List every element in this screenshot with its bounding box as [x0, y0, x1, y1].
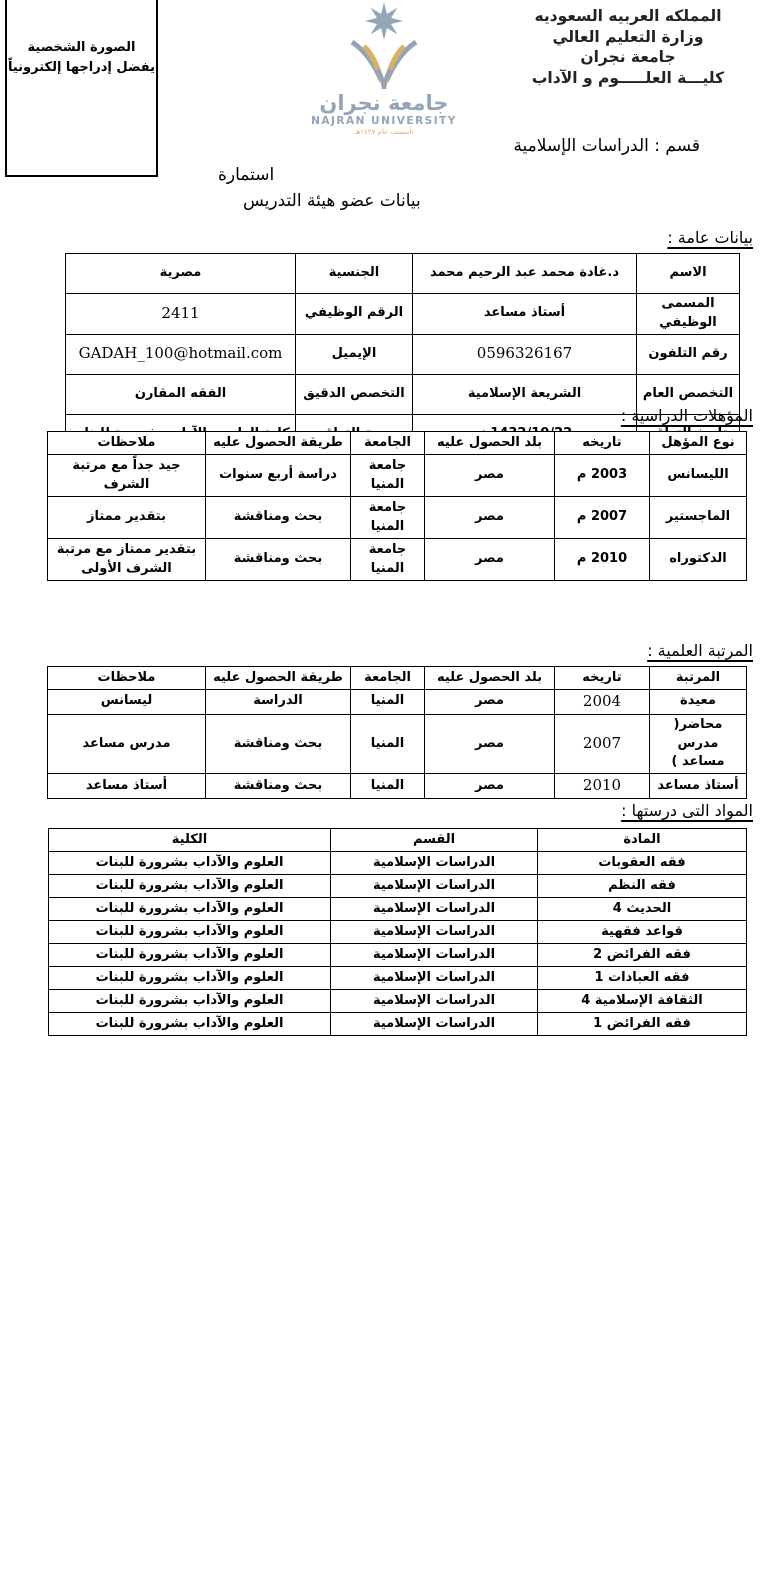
- photo-placeholder-box: الصورة الشخصية يفضل إدراجها إلكترونياً: [5, 0, 158, 177]
- rank-country: مصر: [425, 690, 555, 715]
- table-row: فقه الفرائض 1 الدراسات الإسلامية العلوم …: [49, 1013, 747, 1036]
- qualification-method: دراسة أربع سنوات: [206, 455, 351, 497]
- course-college: العلوم والآداب بشرورة للبنات: [49, 1013, 331, 1036]
- department-line: قسم : الدراسات الإسلامية: [513, 136, 700, 156]
- photo-box-line2: يفضل إدراجها إلكترونياً: [8, 58, 155, 78]
- field-label: الإيميل: [296, 334, 413, 374]
- table-row: المسمى الوظيفي أستاذ مساعد الرقم الوظيفي…: [66, 294, 740, 335]
- rank-country: مصر: [425, 774, 555, 799]
- column-header: الجامعة: [351, 432, 425, 455]
- rank-notes: ليسانس: [48, 690, 206, 715]
- course-college: العلوم والآداب بشرورة للبنات: [49, 852, 331, 875]
- column-header: المادة: [538, 829, 747, 852]
- rank-date: 2010: [555, 774, 650, 799]
- qualification-type: الليسانس: [650, 455, 747, 497]
- rank-notes: مدرس مساعد: [48, 714, 206, 774]
- header-college-line: كليـــة العلـــــوم و الآداب: [488, 68, 768, 89]
- course-college: العلوم والآداب بشرورة للبنات: [49, 921, 331, 944]
- course-name: فقه النظم: [538, 875, 747, 898]
- column-header: نوع المؤهل: [650, 432, 747, 455]
- column-header: الكلية: [49, 829, 331, 852]
- qualification-notes: بتقدير ممتاز مع مرتبة الشرف الأولى: [48, 539, 206, 581]
- rank-method: بحث ومناقشة: [206, 714, 351, 774]
- field-value: مصرية: [66, 254, 296, 294]
- column-header: القسم: [331, 829, 538, 852]
- qualification-type: الدكتوراه: [650, 539, 747, 581]
- faculty-data-form: { "page": { "photo_box": { "line1": "الص…: [0, 0, 773, 1577]
- rank-date: 2004: [555, 690, 650, 715]
- table-row: الثقافة الإسلامية 4 الدراسات الإسلامية ا…: [49, 990, 747, 1013]
- course-college: العلوم والآداب بشرورة للبنات: [49, 898, 331, 921]
- table-row: فقه النظم الدراسات الإسلامية العلوم والآ…: [49, 875, 747, 898]
- table-row: محاضر( مدرس مساعد ) 2007 مصر المنيا بحث …: [48, 714, 747, 774]
- rank-university: المنيا: [351, 774, 425, 799]
- table-row: رقم التلفون 0596326167 الإيميل GADAH_100…: [66, 334, 740, 374]
- field-label: التخصص الدقيق: [296, 374, 413, 414]
- field-value: أستاذ مساعد: [413, 294, 637, 335]
- table-row: الاسم د.غادة محمد عبد الرحيم محمد الجنسي…: [66, 254, 740, 294]
- qualification-date: 2007 م: [555, 497, 650, 539]
- table-row: فقه العبادات 1 الدراسات الإسلامية العلوم…: [49, 967, 747, 990]
- rank-university: المنيا: [351, 714, 425, 774]
- column-header: طريقة الحصول عليه: [206, 667, 351, 690]
- course-name: الحديث 4: [538, 898, 747, 921]
- table-row: الحديث 4 الدراسات الإسلامية العلوم والآد…: [49, 898, 747, 921]
- column-header: بلد الحصول عليه: [425, 432, 555, 455]
- qualification-country: مصر: [425, 497, 555, 539]
- qualification-method: بحث ومناقشة: [206, 497, 351, 539]
- course-name: فقه العبادات 1: [538, 967, 747, 990]
- palm-branches-icon: [342, 40, 426, 90]
- logo-founded-line: تأسست عام ١٤٢٧هـ: [355, 128, 414, 137]
- table-row: الليسانس 2003 م مصر جامعة المنيا دراسة أ…: [48, 455, 747, 497]
- qualification-university: جامعة المنيا: [351, 455, 425, 497]
- qualification-country: مصر: [425, 455, 555, 497]
- field-value: الفقه المقارن: [66, 374, 296, 414]
- qualification-country: مصر: [425, 539, 555, 581]
- photo-box-line1: الصورة الشخصية: [28, 38, 136, 58]
- logo-english-name: NAJRAN UNIVERSITY: [311, 115, 457, 128]
- table-header-row: المرتبة تاريخه بلد الحصول عليه الجامعة ط…: [48, 667, 747, 690]
- column-header: الجامعة: [351, 667, 425, 690]
- table-row: فقه الفرائض 2 الدراسات الإسلامية العلوم …: [49, 944, 747, 967]
- column-header: طريقة الحصول عليه: [206, 432, 351, 455]
- table-row: الدكتوراه 2010 م مصر جامعة المنيا بحث وم…: [48, 539, 747, 581]
- column-header: ملاحظات: [48, 432, 206, 455]
- rank-name: محاضر( مدرس مساعد ): [650, 714, 747, 774]
- field-value: 0596326167: [413, 334, 637, 374]
- course-name: فقه الفرائض 2: [538, 944, 747, 967]
- course-name: فقه العقوبات: [538, 852, 747, 875]
- qualification-notes: جيد جداً مع مرتبة الشرف: [48, 455, 206, 497]
- table-row: معيدة 2004 مصر المنيا الدراسة ليسانس: [48, 690, 747, 715]
- qualification-method: بحث ومناقشة: [206, 539, 351, 581]
- rank-notes: أستاذ مساعد: [48, 774, 206, 799]
- column-header: بلد الحصول عليه: [425, 667, 555, 690]
- course-department: الدراسات الإسلامية: [331, 875, 538, 898]
- section-title-qualifications: المؤهلات الدراسية :: [621, 406, 753, 425]
- course-name: الثقافة الإسلامية 4: [538, 990, 747, 1013]
- column-header: تاريخه: [555, 432, 650, 455]
- qualifications-table: نوع المؤهل تاريخه بلد الحصول عليه الجامع…: [47, 431, 747, 581]
- field-label: المسمى الوظيفي: [637, 294, 740, 335]
- field-label: رقم التلفون: [637, 334, 740, 374]
- form-word: استمارة: [218, 165, 274, 185]
- courses-table: المادة القسم الكلية فقه العقوبات الدراسا…: [48, 828, 747, 1036]
- field-label: الاسم: [637, 254, 740, 294]
- qualification-university: جامعة المنيا: [351, 539, 425, 581]
- rank-university: المنيا: [351, 690, 425, 715]
- table-header-row: نوع المؤهل تاريخه بلد الحصول عليه الجامع…: [48, 432, 747, 455]
- course-department: الدراسات الإسلامية: [331, 921, 538, 944]
- rank-name: أستاذ مساعد: [650, 774, 747, 799]
- course-college: العلوم والآداب بشرورة للبنات: [49, 944, 331, 967]
- header-university-line: جامعة نجران: [488, 47, 768, 68]
- course-name: فقه الفرائض 1: [538, 1013, 747, 1036]
- table-row: أستاذ مساعد 2010 مصر المنيا بحث ومناقشة …: [48, 774, 747, 799]
- section-title-general: بيانات عامة :: [667, 228, 753, 247]
- course-department: الدراسات الإسلامية: [331, 898, 538, 921]
- course-department: الدراسات الإسلامية: [331, 1013, 538, 1036]
- government-header: المملكه العربيه السعوديه وزارة التعليم ا…: [488, 6, 768, 88]
- field-value: 2411: [66, 294, 296, 335]
- rank-date: 2007: [555, 714, 650, 774]
- column-header: المرتبة: [650, 667, 747, 690]
- qualification-university: جامعة المنيا: [351, 497, 425, 539]
- rank-name: معيدة: [650, 690, 747, 715]
- section-title-ranks: المرتبة العلمية :: [647, 641, 753, 660]
- field-label: الجنسية: [296, 254, 413, 294]
- column-header: ملاحظات: [48, 667, 206, 690]
- course-department: الدراسات الإسلامية: [331, 852, 538, 875]
- rank-method: بحث ومناقشة: [206, 774, 351, 799]
- logo-arabic-name: جامعة نجران: [319, 91, 448, 115]
- star-icon: [365, 2, 403, 40]
- rank-method: الدراسة: [206, 690, 351, 715]
- form-title: بيانات عضو هيئة التدريس: [243, 191, 421, 211]
- section-title-courses: المواد التى درستها :: [621, 801, 753, 820]
- ranks-table: المرتبة تاريخه بلد الحصول عليه الجامعة ط…: [47, 666, 747, 799]
- course-department: الدراسات الإسلامية: [331, 944, 538, 967]
- course-department: الدراسات الإسلامية: [331, 967, 538, 990]
- column-header: تاريخه: [555, 667, 650, 690]
- field-value: د.غادة محمد عبد الرحيم محمد: [413, 254, 637, 294]
- course-department: الدراسات الإسلامية: [331, 990, 538, 1013]
- table-row: الماجستير 2007 م مصر جامعة المنيا بحث وم…: [48, 497, 747, 539]
- table-row: فقه العقوبات الدراسات الإسلامية العلوم و…: [49, 852, 747, 875]
- rank-country: مصر: [425, 714, 555, 774]
- field-label: الرقم الوظيفي: [296, 294, 413, 335]
- table-row: قواعد فقهية الدراسات الإسلامية العلوم وا…: [49, 921, 747, 944]
- course-college: العلوم والآداب بشرورة للبنات: [49, 990, 331, 1013]
- header-country-line: المملكه العربيه السعوديه: [488, 6, 768, 27]
- course-name: قواعد فقهية: [538, 921, 747, 944]
- university-logo: جامعة نجران NAJRAN UNIVERSITY تأسست عام …: [298, 2, 470, 137]
- field-value: الشريعة الإسلامية: [413, 374, 637, 414]
- qualification-type: الماجستير: [650, 497, 747, 539]
- header-ministry-line: وزارة التعليم العالي: [488, 27, 768, 48]
- course-college: العلوم والآداب بشرورة للبنات: [49, 967, 331, 990]
- qualification-date: 2003 م: [555, 455, 650, 497]
- table-header-row: المادة القسم الكلية: [49, 829, 747, 852]
- field-value: GADAH_100@hotmail.com: [66, 334, 296, 374]
- qualification-date: 2010 م: [555, 539, 650, 581]
- qualification-notes: بتقدير ممتاز: [48, 497, 206, 539]
- course-college: العلوم والآداب بشرورة للبنات: [49, 875, 331, 898]
